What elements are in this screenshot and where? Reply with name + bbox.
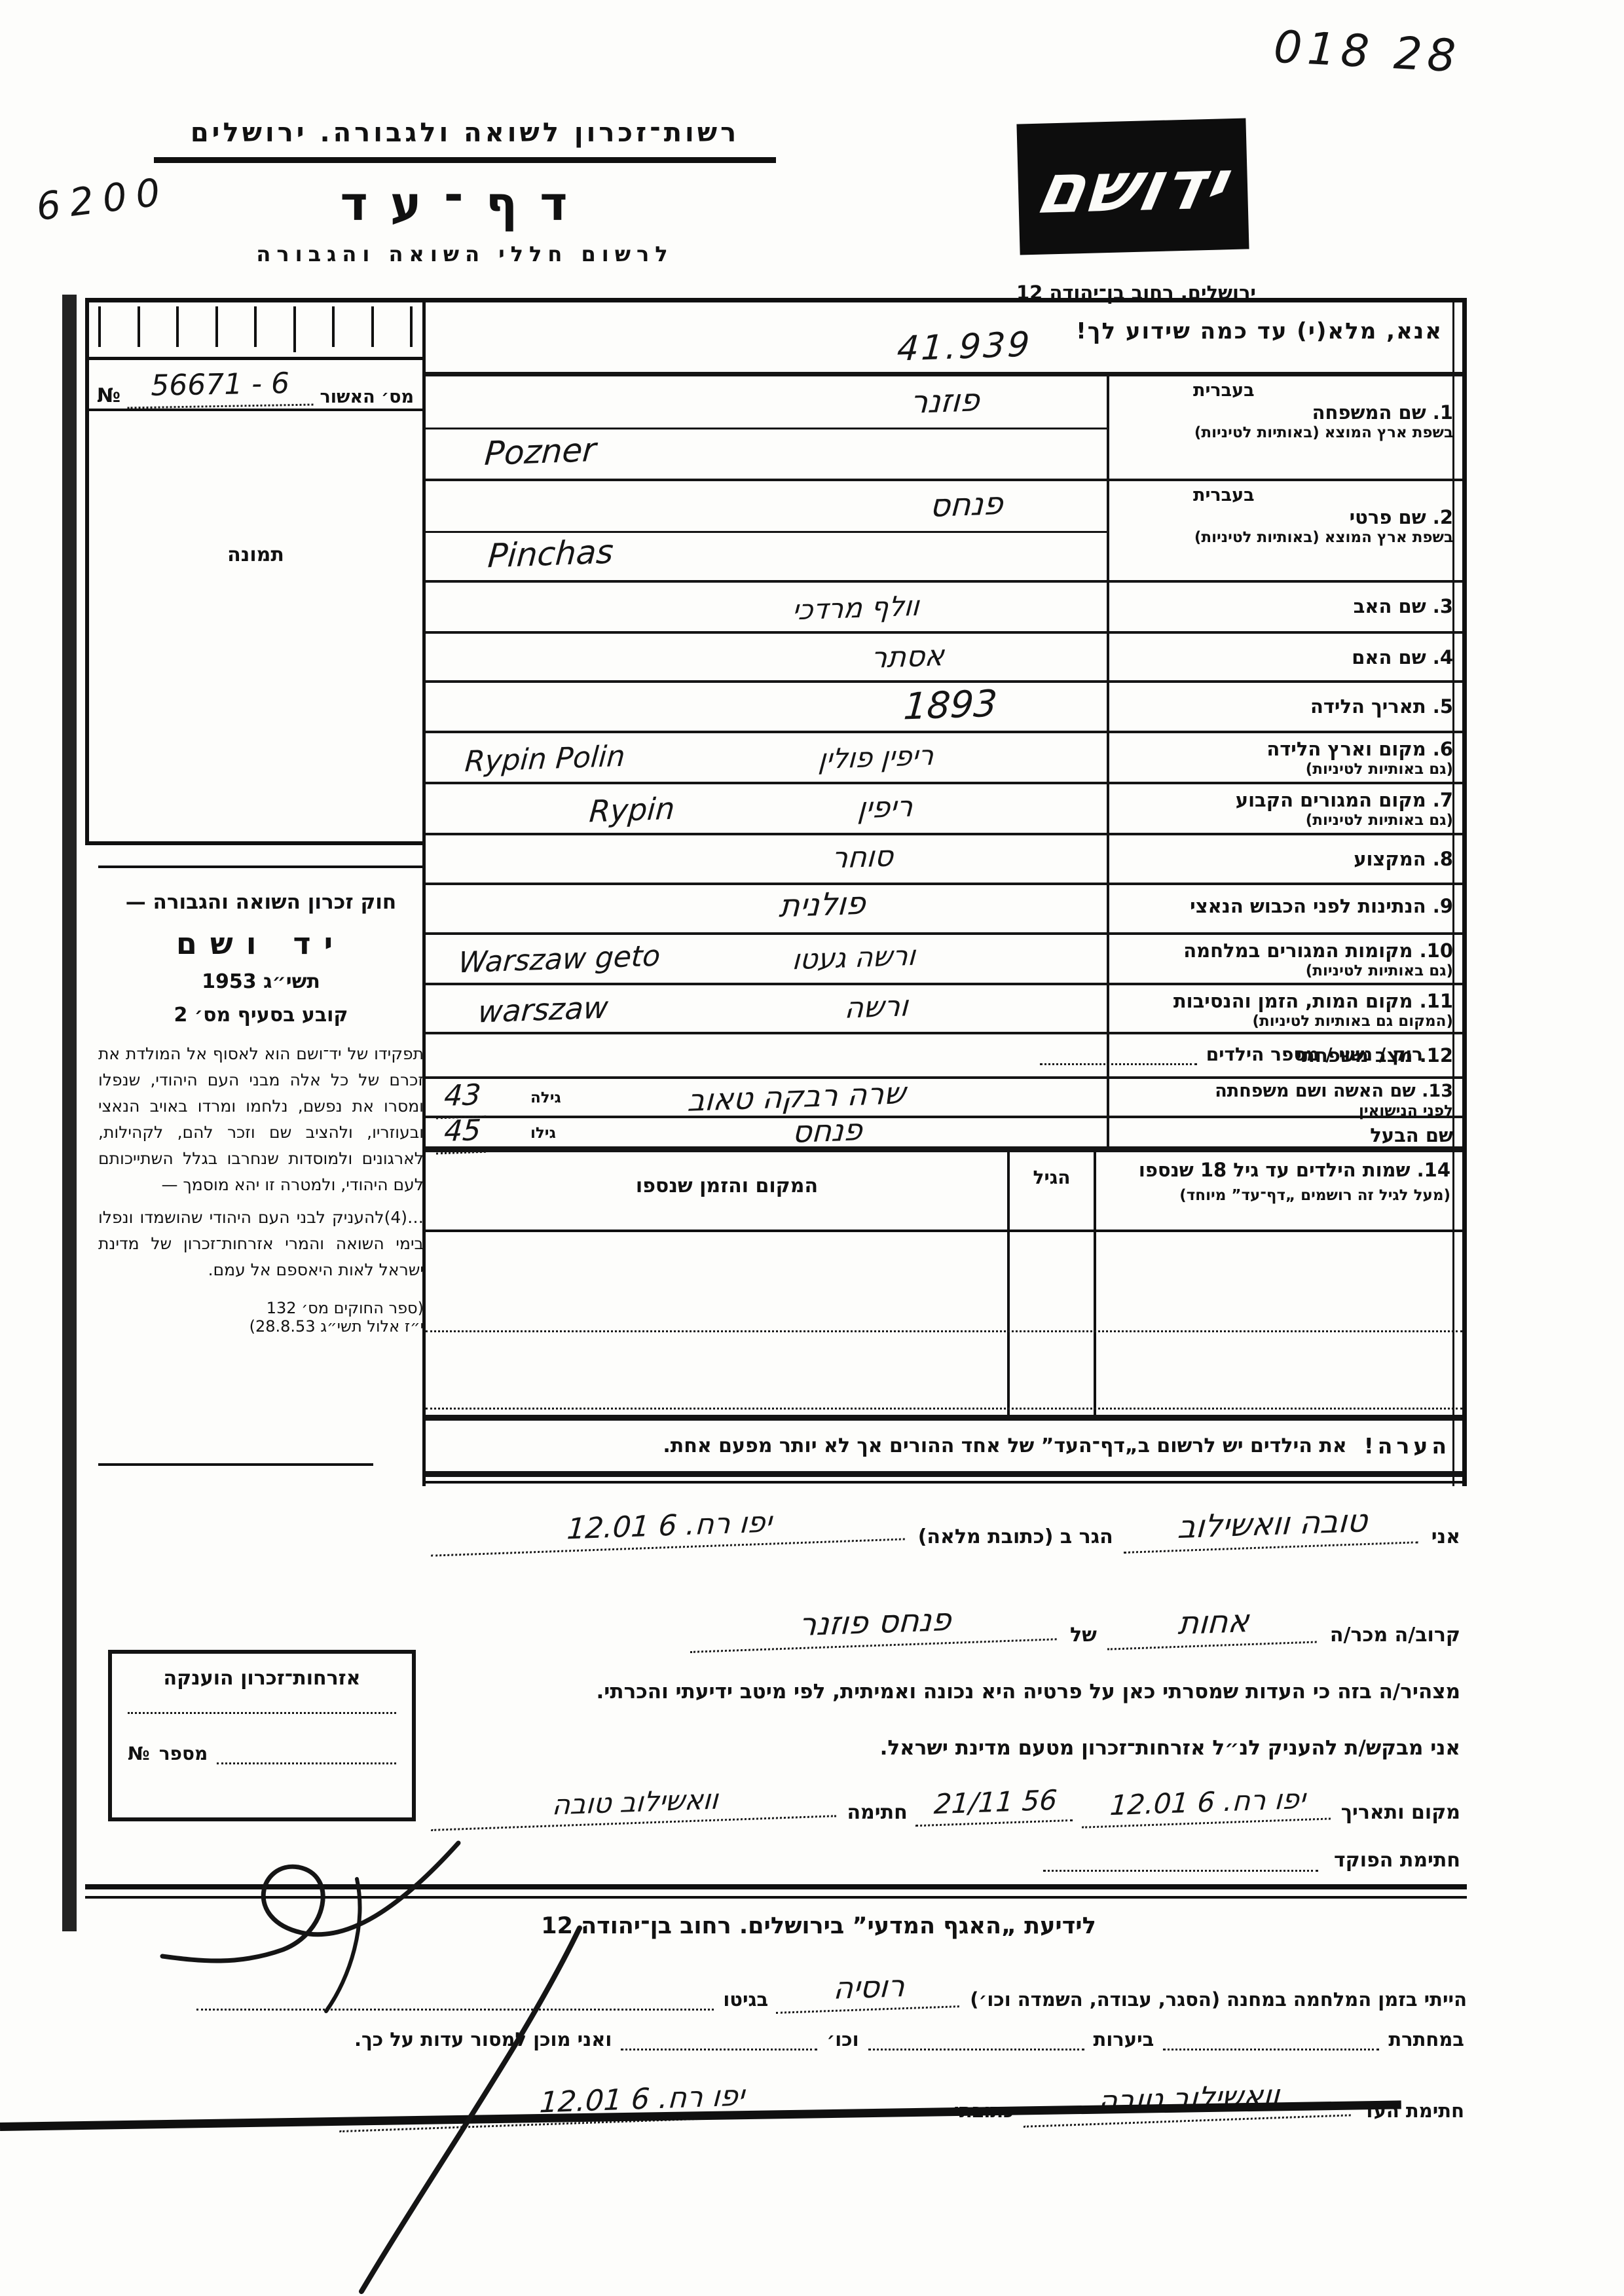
label-wife-name: 13. שם האשה ושם משפחתה לפני הנישואין (1107, 1079, 1462, 1116)
testimony-page: 6200 רשות־זכרון לשואה ולגבורה. ירושלים ד… (0, 0, 1624, 2296)
header-block: רשות־זכרון לשואה ולגבורה. ירושלים דף־עד … (141, 118, 789, 266)
declare-text: מצהיר/ה בזה כי העדות שמסרתי כאן על פרטיה… (432, 1680, 1460, 1704)
hw-witness-address: יפו רח. 6 12.01 (431, 1501, 907, 1556)
hw-death-place-hebrew: ורשה (843, 989, 909, 1025)
ticks-bottom-border (89, 357, 422, 360)
section-separator-2 (85, 1896, 1467, 1899)
law-bottom-rule (98, 1463, 373, 1466)
citizenship-no-symbol: № (128, 1743, 150, 1764)
hw-residence-latin: Rypin (588, 791, 676, 829)
yad-vashem-logo: ידושם (1016, 118, 1249, 255)
scan-edge-artifact (62, 295, 77, 1931)
hw-registration-number: 41.939 (896, 325, 1033, 369)
tick (138, 306, 140, 347)
hw-war-residence-latin: Warszaw geto (457, 939, 661, 980)
note-bottom-rule (426, 1481, 1462, 1484)
form-rows: בעברית 1. שם המשפחה בשפת ארץ המוצא (באות… (426, 376, 1462, 1152)
law-title: חוק זכרון השואה והגבורה — (98, 890, 424, 914)
children-col-divider-age-right (1094, 1152, 1096, 1415)
place-date-label: מקום ותאריך (1341, 1801, 1460, 1824)
ghetto-dotted (196, 1989, 714, 2011)
law-year: תשי״ג 1953 (98, 970, 424, 993)
label-residence: 7. מקום המגורים הקבוע (גם באותיות לטיניו… (1107, 784, 1462, 833)
row-family-name: בעברית 1. שם המשפחה בשפת ארץ המוצא (באות… (426, 376, 1462, 481)
label-mother-name: 4. שם האם (1107, 634, 1462, 680)
label-husband-name: שם הבעל (1107, 1118, 1462, 1146)
hw-first-name-latin: Pinchas (487, 533, 615, 575)
hw-father-name: וולף מרדכי (791, 590, 920, 627)
row-birth-place: 6. מקום וארץ הלידה (גם באותיות לטיניות) … (426, 733, 1462, 784)
citizenship-number-dotted (217, 1743, 396, 1764)
hw-mother-name: אסתר (870, 639, 945, 675)
hw-birth-year: 1893 (902, 682, 999, 728)
citizenship-dotted-line (128, 1690, 396, 1714)
authority-line: רשות־זכרון לשואה ולגבורה. ירושלים (141, 118, 789, 148)
law-top-rule (98, 866, 426, 868)
tick (410, 306, 413, 347)
declaration-line-relation: קרוב/ה מכר/ה אחות של פנחס פוזנר (432, 1604, 1460, 1647)
hw-war-residence-hebrew: ורשה געטו (791, 939, 916, 976)
declaration-line-identity: אני טובה וואשילוב הגר ב (כתובת מלאה) יפו… (432, 1506, 1460, 1548)
photo-label: תמונה (89, 543, 422, 566)
form-title: דף־עד (141, 176, 789, 231)
underground-label: במחתרת (1388, 2028, 1464, 2050)
hw-husband-age: 45 (436, 1114, 489, 1155)
hw-witness-name: טובה וואשילוב (1124, 1501, 1421, 1554)
declaration-line-place-date: מקום ותאריך יפו רח. 6 12.01 21/11 56 חתי… (432, 1786, 1460, 1824)
leftbox-bottom-border (85, 841, 423, 845)
hw-signature: וואשילוב טובה (431, 1779, 839, 1831)
label-citizenship: 9. הנתינות לפני הכבוש הנאצי (1107, 885, 1462, 932)
tick (332, 306, 335, 347)
law-body2: …(4)להעניק לבני העם היהודי שהושמדו ונפלו… (98, 1205, 424, 1283)
hw-victim-full-name: פנחס פוזנר (690, 1597, 1060, 1653)
marital-options: רוק / נשוי / מספר הילדים (1206, 1044, 1423, 1065)
row-birth-date: 5. תאריך הלידה 1893 (426, 683, 1462, 733)
row-father-name: 3. שם האב וולף מרדכי (426, 583, 1462, 634)
hw-birth-place-hebrew: ריפין פולין (817, 739, 934, 775)
citizenship-box-title: אזרחות־זכרון הוענקה (128, 1667, 396, 1690)
camp-label: הייתי בזמן המלחמה במחנה (הסגר, עבודה, הש… (970, 1988, 1467, 2011)
hw-citizenship: פולנית (778, 885, 867, 925)
clerk-signature-scrawl (162, 1843, 458, 1961)
row-wife-name: 13. שם האשה ושם משפחתה לפני הנישואין 43 … (426, 1079, 1462, 1118)
law-clause: קובע בסעיף מס׳ 2 (98, 1004, 424, 1027)
row-profession: 8. המקצוע סוחר (426, 835, 1462, 885)
underground-dotted (1163, 2029, 1379, 2050)
tick (371, 306, 374, 347)
row-marital-status: 12. מצב משפחתי רוק / נשוי / מספר הילדים (426, 1034, 1462, 1079)
bottom-line-underground: במחתרת ביערות וכו׳ ואני מוכן למסור עדות … (89, 2028, 1464, 2050)
first-hebrew-line (426, 531, 1107, 533)
row-citizenship: 9. הנתינות לפני הכבוש הנאצי פולנית (426, 885, 1462, 935)
marital-dotted (1040, 1044, 1197, 1065)
residing-label: הגר ב (כתובת מלאה) (918, 1525, 1113, 1548)
forests-dotted (868, 2029, 1084, 2050)
hw-residence-hebrew: ריפין (857, 790, 914, 825)
children-table: המקום והזמן שנספו הגיל 14. שמות הילדים ע… (426, 1152, 1462, 1421)
certificate-row-border (89, 409, 422, 411)
label-death-place: 11. מקום המות, הזמן והנסיבות (המקום גם ב… (1107, 985, 1462, 1032)
hw-certificate-number: 56671 - 6 (127, 367, 314, 409)
hw-birth-place-latin: Rypin Polin (464, 740, 626, 779)
forests-label: ביערות (1094, 2028, 1154, 2050)
row-mother-name: 4. שם האם אסתר (426, 634, 1462, 683)
law-body: תפקידו של יד־ושם הוא לאסוף אל המולדת את … (98, 1041, 424, 1198)
request-text: אני מבקש/ת להעניק לנ״ל אזרחות־זכרון מטעם… (432, 1736, 1460, 1760)
hw-family-name-latin: Pozner (483, 431, 597, 473)
law-ref2: י״ז אלול תשי״ג 28.8.53) (98, 1317, 424, 1336)
logo-text: ידושם (1030, 144, 1236, 229)
certificate-number-label: מס׳ האשור (320, 387, 414, 407)
row-residence: 7. מקום המגורים הקבוע (גם באותיות לטיניו… (426, 784, 1462, 835)
hw-place: יפו רח. 6 12.01 (1082, 1781, 1333, 1828)
children-col-divider-age-left (1007, 1152, 1010, 1415)
children-header-border (426, 1230, 1462, 1232)
children-dotted-row-1 (426, 1330, 1462, 1332)
etc-dotted (621, 2029, 817, 2050)
bottom-title: לידיעת „האגף המדעי” בירושלים. רחוב בן־יה… (196, 1913, 1441, 1939)
signature-label: חתימה (847, 1801, 907, 1824)
hw-first-name-hebrew: פנחס (929, 485, 1005, 524)
etc-label: וכו׳ (826, 2028, 858, 2050)
row-war-residence: 10. מקומות המגורים במלחמה (גם באותיות לט… (426, 935, 1462, 985)
hw-wife-name: שרה רבקה טאוב (686, 1075, 906, 1118)
husband-age-label: גילו (530, 1125, 556, 1142)
row-husband-name: שם הבעל 45 גילו פנחס (426, 1118, 1462, 1152)
label-father-name: 3. שם האב (1107, 583, 1462, 631)
note-row: הערה! את הילדים יש לרשום ב„דף־העד” של אח… (426, 1421, 1462, 1477)
note-text: את הילדים יש לרשום ב„דף־העד” של אחד ההור… (663, 1434, 1346, 1457)
label-war-residence: 10. מקומות המגורים במלחמה (גם באותיות לט… (1107, 935, 1462, 983)
label-profession: 8. המקצוע (1107, 835, 1462, 883)
relation-label: קרוב/ה מכר/ה (1330, 1624, 1460, 1647)
label-family-name: בעברית 1. שם המשפחה בשפת ארץ המוצא (באות… (1107, 376, 1462, 479)
tick (254, 306, 257, 347)
law-name: יד ושם (98, 926, 424, 961)
hw-date: 21/11 56 (915, 1783, 1075, 1827)
wife-age-label: גילה (530, 1089, 561, 1106)
label-birth-place: 6. מקום וארץ הלידה (גם באותיות לטיניות) (1107, 733, 1462, 782)
family-hebrew-line (426, 428, 1107, 429)
children-col-place: המקום והזמן שנספו (544, 1175, 910, 1197)
tick (98, 306, 101, 347)
row-death-place: 11. מקום המות, הזמן והנסיבות (המקום גם ב… (426, 985, 1462, 1034)
of-label: של (1070, 1624, 1097, 1647)
hw-camp: רוסיה (776, 1966, 962, 2014)
children-col-age: הגיל (1010, 1167, 1094, 1188)
hw-death-place-latin: warszaw (477, 989, 609, 1029)
citizenship-number-label: מספר (159, 1743, 208, 1764)
children-section-sub: (מעל לגיל זה רושמים „דף־עד” מיוחד) (1103, 1187, 1450, 1204)
ghetto-label: בגיטו (723, 1988, 768, 2011)
testify-text: ואני מוכן למסור עדות על כך. (354, 2028, 612, 2050)
header-rule (154, 157, 776, 163)
label-birth-date: 5. תאריך הלידה (1107, 683, 1462, 731)
leftbox-left-border (85, 298, 89, 845)
i-label: אני (1431, 1525, 1460, 1548)
law-block: חוק זכרון השואה והגבורה — יד ושם תשי״ג 1… (98, 890, 424, 1336)
hw-profession: סוחר (830, 839, 895, 875)
hw-husband-name: פנחס (791, 1112, 864, 1150)
bottom-line-camp: הייתי בזמן המלחמה במחנה (הסגר, עבודה, הש… (196, 1969, 1467, 2011)
official-signature-label: חתימת הפוקד (1334, 1849, 1460, 1872)
hw-witness-signature: וואשילוב טובה (1023, 2075, 1353, 2128)
table-top-border (85, 298, 1467, 302)
row-first-name: בעברית 2. שם פרטי בשפת ארץ המוצא (באותיו… (426, 481, 1462, 583)
citizenship-granted-box: אזרחות־זכרון הוענקה מספר № (108, 1650, 416, 1821)
hw-family-name-hebrew: פוזנר (909, 382, 981, 421)
hw-relation: אחות (1107, 1600, 1319, 1650)
label-first-name: בעברית 2. שם פרטי בשפת ארץ המוצא (באותיו… (1107, 481, 1462, 580)
no-symbol: № (97, 384, 120, 407)
instruction-text: אנא, מלא(י) עד כמה שידוע לך! (1076, 318, 1443, 344)
tick (293, 306, 296, 352)
law-ref1: (ספר החוקים מס׳ 132 (98, 1299, 424, 1317)
declaration-line-official: חתימת הפוקד (432, 1848, 1460, 1872)
tick (215, 306, 218, 347)
children-section-label: 14. שמות הילדים עד גיל 18 שנספו (1103, 1157, 1450, 1183)
children-dotted-row-2 (426, 1408, 1462, 1410)
tick (176, 306, 179, 347)
certificate-number-row: № 56671 - 6 מס׳ האשור (92, 361, 419, 407)
note-label: הערה! (1364, 1433, 1450, 1459)
form-subtitle: לרשום חללי השואה והגבורה (141, 242, 789, 266)
table-right-border-outer (1462, 298, 1467, 1486)
instruction-row: אנא, מלא(י) עד כמה שידוע לך! 41.939 (426, 302, 1462, 376)
official-signature-dotted (1043, 1848, 1318, 1872)
hw-file-number-right: 28 018 (1272, 22, 1462, 83)
section-separator-1 (85, 1884, 1467, 1889)
ruler-ticks (98, 306, 413, 354)
